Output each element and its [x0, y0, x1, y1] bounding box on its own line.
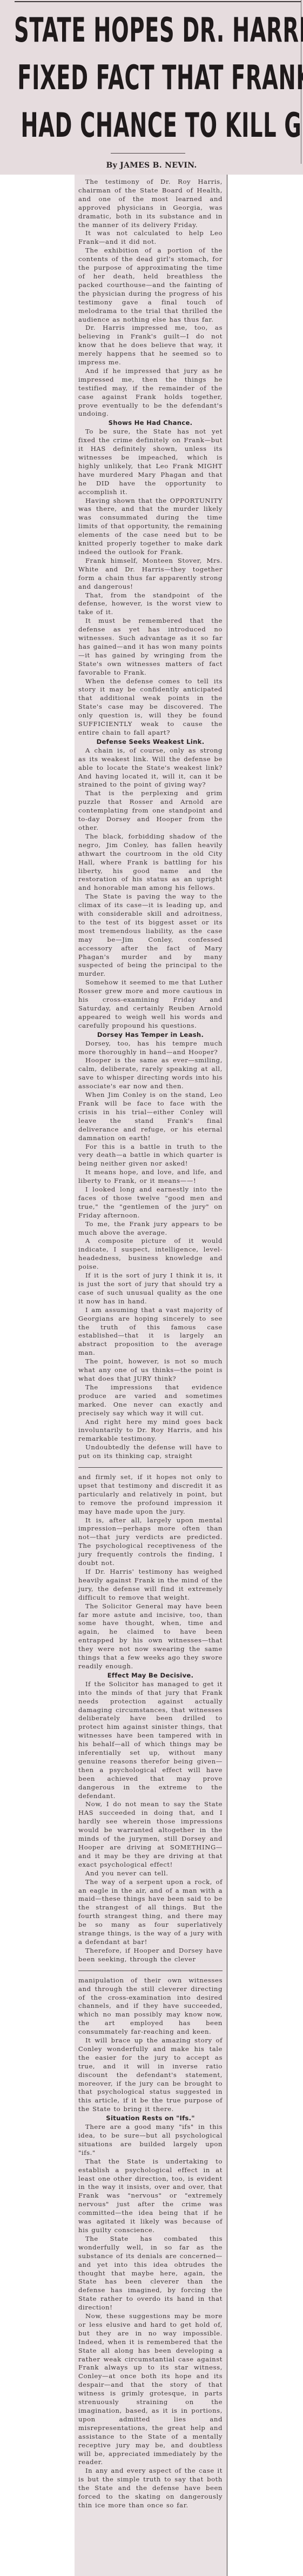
article-paragraph: Undoubtedly the defense will have to put… — [78, 1443, 223, 1461]
article-paragraph: Somehow it seemed to me that Luther Ross… — [78, 979, 223, 1030]
article-paragraph: That the State is undertaking to establi… — [78, 2158, 223, 2235]
article-paragraph: The testimony of Dr. Roy Harris, chairma… — [78, 178, 223, 229]
headline-line: HAD CHANCE TO KILL GIRL — [14, 102, 301, 149]
headline-line: FIXED FACT THAT FRANK — [14, 54, 298, 102]
article-paragraph: And you never can tell. — [78, 1869, 223, 1878]
article-paragraph: The way of a serpent upon a rock, of an … — [78, 1878, 223, 1947]
article-paragraph: manipulation of their own witnesses and … — [78, 1976, 223, 2036]
article-paragraph: The State has combated this wonderfully … — [78, 2235, 223, 2312]
article-paragraph: Having shown that the OPPORTUNITY was th… — [78, 497, 223, 557]
article-paragraph: The black, forbidding shadow of the negr… — [78, 833, 223, 893]
article-subhead: Shows He Had Chance. — [78, 419, 223, 428]
article-paragraph: It is, after all, largely upon mental im… — [78, 1516, 223, 1568]
article-paragraph: That, from the standpoint of the defense… — [78, 591, 223, 617]
article-paragraph: For this is a battle in truth to the ver… — [78, 1143, 223, 1169]
article-subhead: Effect May Be Decisive. — [78, 1672, 223, 1680]
article-paragraph: It means hope, and love, and life, and l… — [78, 1168, 223, 1186]
article-paragraph: Hooper is the same as ever—smiling, calm… — [78, 1056, 223, 1091]
article-paragraph: Now, I do not mean to say the State HAS … — [78, 1800, 223, 1869]
article-paragraph: That is the perplexing and grim puzzle t… — [78, 789, 223, 833]
article-paragraph: Therefore, if Hooper and Dorsey have bee… — [78, 1947, 223, 1964]
headline: STATE HOPES DR. HARRIS FIXED FACT THAT F… — [14, 6, 295, 149]
article-paragraph: And right here my mind goes back involun… — [78, 1418, 223, 1444]
article-paragraph: The impressions that evidence produce ar… — [78, 1383, 223, 1418]
article-paragraph: There are a good many "ifs" in this idea… — [78, 2123, 223, 2158]
article-paragraph: When Jim Conley is on the stand, Leo Fra… — [78, 1091, 223, 1142]
headline-line: STATE HOPES DR. HARRIS — [14, 6, 294, 54]
article-subhead: Situation Rests on "Ifs." — [78, 2114, 223, 2123]
top-rule — [15, 1, 301, 2]
article-paragraph: Now, these suggestions may be more or le… — [78, 2312, 223, 2467]
column-break-rule — [78, 1971, 223, 1971]
article-paragraph: The exhibition of a portion of the conte… — [78, 247, 223, 324]
masthead: STATE HOPES DR. HARRIS FIXED FACT THAT F… — [0, 0, 303, 175]
article-paragraph: To be sure, the State has not yet fixed … — [78, 428, 223, 496]
article-paragraph: Frank himself, Monteen Stover, Mrs. Whit… — [78, 557, 223, 591]
article-column: The testimony of Dr. Roy Harris, chairma… — [75, 175, 227, 2576]
article-paragraph: To me, the Frank jury appears to be much… — [78, 1220, 223, 1237]
article-paragraph: I looked long and earnestly into the fac… — [78, 1186, 223, 1220]
article-paragraph: When the defense comes to tell its story… — [78, 677, 223, 737]
article-paragraph: If Dr. Harris' testimony has weighed hea… — [78, 1568, 223, 1602]
article-paragraph: It was not calculated to help Leo Frank—… — [78, 229, 223, 247]
article-paragraph: The point, however, is not so much what … — [78, 1357, 223, 1383]
article-subhead: Dorsey Has Temper in Leash. — [78, 1031, 223, 1040]
headline-divider — [111, 153, 185, 154]
article-paragraph: In any and every aspect of the case it i… — [78, 2467, 223, 2510]
article-paragraph: It must be remembered that the defense a… — [78, 617, 223, 677]
article-paragraph: The State is paving the way to the clima… — [78, 893, 223, 979]
article-paragraph: The Solicitor General may have been far … — [78, 1602, 223, 1671]
article-paragraph: If the Solicitor has managed to get it i… — [78, 1680, 223, 1801]
column-break-rule — [78, 1467, 223, 1468]
article-paragraph: If it is the sort of jury I think it is,… — [78, 1272, 223, 1306]
article-paragraph: A chain is, of course, only as strong as… — [78, 747, 223, 790]
article-paragraph: It will brace up the amazing story of Co… — [78, 2036, 223, 2114]
article-paragraph: And if he impressed that jury as he impr… — [78, 367, 223, 418]
article-paragraph: I am assuming that a vast majority of Ge… — [78, 1306, 223, 1357]
article-paragraph: Dorsey, too, has his tempre much more th… — [78, 1040, 223, 1057]
article-subhead: Defense Seeks Weakest Link. — [78, 738, 223, 747]
article-paragraph: Dr. Harris impressed me, too, as believi… — [78, 324, 223, 367]
byline: By JAMES B. NEVIN. — [0, 161, 303, 170]
article-paragraph: A composite picture of it would indicate… — [78, 1237, 223, 1272]
article-paragraph: and firmly set, if it hopes not only to … — [78, 1473, 223, 1516]
